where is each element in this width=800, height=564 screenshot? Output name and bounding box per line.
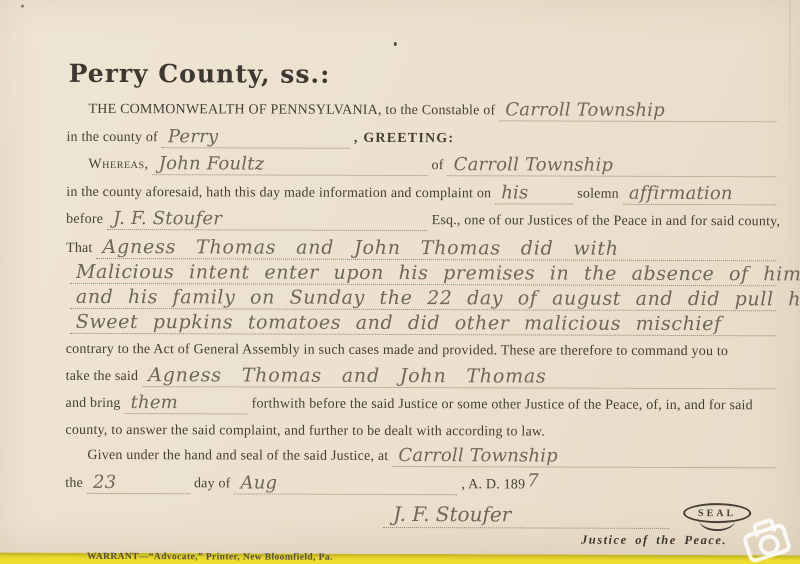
day-handwriting: 23	[93, 471, 116, 492]
before-label: before	[66, 211, 103, 228]
paper-crease	[788, 0, 791, 161]
bring-rest-text: forthwith before the said Justice or som…	[252, 395, 753, 414]
solemn-label: solemn	[577, 185, 619, 202]
bring-pronoun-handwriting: them	[131, 392, 178, 413]
complainant-blank: John Foultz	[153, 155, 428, 176]
complaint-handwriting-3: and his family on Sunday the 22 day of a…	[76, 285, 800, 310]
printer-imprint: WARRANT—“Advocate,” Printer, New Bloomfi…	[65, 552, 779, 564]
complaint-line-3: and his family on Sunday the 22 day of a…	[66, 287, 780, 310]
complaint-blank-2: Malicious intent enter upon his premises…	[70, 262, 776, 285]
aforesaid-line: in the county aforesaid, hath this day m…	[66, 182, 780, 204]
day-of-label: day of	[194, 475, 231, 492]
month-handwriting: Aug	[241, 472, 278, 493]
aforesaid-text: in the county aforesaid, hath this day m…	[66, 183, 491, 201]
complaint-handwriting-1: Agness Thomas and John Thomas did with	[103, 235, 619, 259]
commonwealth-line: THE COMMONWEALTH OF PENNSYLVANIA, to the…	[67, 100, 781, 122]
ad-label: , A. D. 189	[462, 476, 526, 493]
justice-title: Justice of the Peace.	[65, 531, 779, 548]
given-place-blank: Carroll Township	[392, 447, 775, 468]
whereas-line: Whereas, John Foultz of Carroll Township	[66, 155, 780, 177]
complaint-blank-1: Agness Thomas and John Thomas did with	[97, 237, 777, 260]
take-names-blank: Agness Thomas and John Thomas	[142, 366, 775, 389]
seal-flourish	[699, 520, 735, 531]
signature-blank: J. F. Stoufer	[383, 504, 669, 528]
answer-text: county, to answer the said complaint, an…	[65, 421, 545, 440]
oath-pronoun-handwriting: his	[501, 182, 528, 203]
oath-type-handwriting: affirmation	[629, 182, 733, 203]
month-blank: Aug	[235, 474, 458, 495]
year-digit-handwriting: 7	[527, 473, 539, 489]
complaint-blank-4: Sweet pupkins tomatoes and did other mal…	[70, 312, 776, 335]
before-line: before J. F. Stoufer Esq., one of our Ju…	[66, 210, 780, 232]
contrary-line: contrary to the Act of General Assembly …	[66, 341, 780, 360]
justice-name-handwriting: J. F. Stoufer	[113, 208, 222, 229]
township-blank: Carroll Township	[448, 156, 777, 177]
day-blank: 23	[87, 473, 190, 493]
bring-pronoun-blank: them	[125, 394, 248, 414]
bring-line: and bring them forthwith before the said…	[66, 394, 780, 416]
complaint-blank-3: and his family on Sunday the 22 day of a…	[70, 287, 776, 310]
complaint-handwriting-2: Malicious intent enter upon his premises…	[76, 260, 800, 285]
county-heading: Perry County, ss.:	[69, 59, 781, 90]
whereas-label: Whereas,	[88, 156, 148, 173]
constable-township-handwriting: Carroll Township	[505, 99, 665, 121]
county-blank: Perry	[162, 128, 350, 149]
county-handwriting: Perry	[168, 126, 218, 147]
commonwealth-text: THE COMMONWEALTH OF PENNSYLVANIA, to the…	[89, 101, 496, 119]
oath-type-blank: affirmation	[623, 184, 776, 205]
of-label: of	[432, 157, 444, 174]
contrary-text: contrary to the Act of General Assembly …	[66, 341, 728, 360]
county-label: in the county of	[66, 128, 158, 145]
signature-row: J. F. Stoufer SEAL	[383, 502, 779, 531]
ink-speck	[21, 5, 24, 8]
date-line: the 23 day of Aug , A. D. 189 7	[65, 473, 779, 495]
given-place-handwriting: Carroll Township	[398, 445, 558, 467]
bring-label: and bring	[66, 395, 121, 412]
complaint-handwriting-4: Sweet pupkins tomatoes and did other mal…	[76, 310, 722, 334]
complaint-line-4: Sweet pupkins tomatoes and did other mal…	[66, 312, 780, 335]
justice-signature-handwriting: J. F. Stoufer	[393, 501, 511, 525]
complainant-handwriting: John Foultz	[159, 153, 265, 174]
the-label: the	[65, 474, 83, 491]
esq-text: Esq., one of our Justices of the Peace i…	[432, 212, 781, 230]
given-line: Given under the hand and seal of the sai…	[65, 446, 779, 468]
ink-speck	[394, 42, 397, 46]
take-label: take the said	[66, 367, 139, 384]
county-line: in the county of Perry , GREETING:	[66, 127, 780, 149]
oath-pronoun-blank: his	[495, 184, 573, 204]
answer-line: county, to answer the said complaint, an…	[65, 421, 779, 440]
justice-name-blank: J. F. Stoufer	[107, 210, 428, 231]
take-names-handwriting: Agness Thomas and John Thomas	[148, 364, 546, 387]
take-line: take the said Agness Thomas and John Tho…	[66, 365, 780, 388]
township-handwriting: Carroll Township	[454, 154, 614, 176]
given-text: Given under the hand and seal of the sai…	[87, 447, 388, 465]
warrant-document: Perry County, ss.: THE COMMONWEALTH OF P…	[0, 0, 800, 555]
that-label: That	[66, 239, 93, 256]
constable-blank: Carroll Township	[499, 101, 776, 122]
that-line: That Agness Thomas and John Thomas did w…	[66, 237, 780, 260]
complaint-line-2: Malicious intent enter upon his premises…	[66, 262, 780, 285]
greeting-text: , GREETING:	[354, 129, 454, 146]
